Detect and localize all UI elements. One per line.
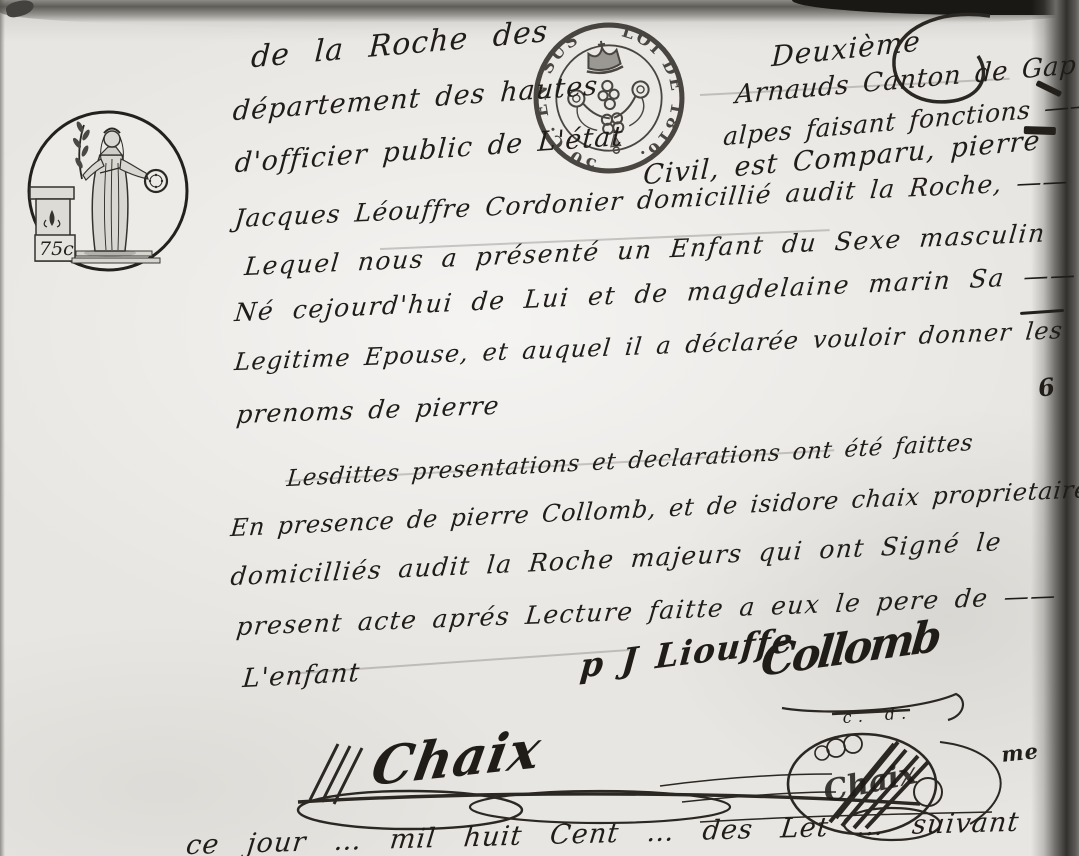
svg-text:Chaix: Chaix [820,756,921,810]
handwritten-line-legitime-epouse: Legitime Epouse, et auquel il a déclarée… [233,316,1064,376]
pedestal: 75c [30,187,75,261]
handwritten-line-lesdittes: Lesdittes presentations et declarations … [286,430,975,492]
crown-icon [583,38,624,75]
stamp-denomination: 75c [39,238,74,260]
scan-left-edge-shadow [0,0,5,856]
scanned-document-page: 75c [0,0,1079,856]
handwritten-line-prenoms: prenoms de pierre [235,391,501,429]
margin-ink-mark [1024,126,1056,135]
handwritten-line-lenfant: L'enfant [241,658,361,694]
margin-figure-mark: 6 [1036,372,1058,403]
chaix-paraph-note: me [1000,738,1040,767]
fiscal-stamp-emblem: 75c [22,103,194,275]
